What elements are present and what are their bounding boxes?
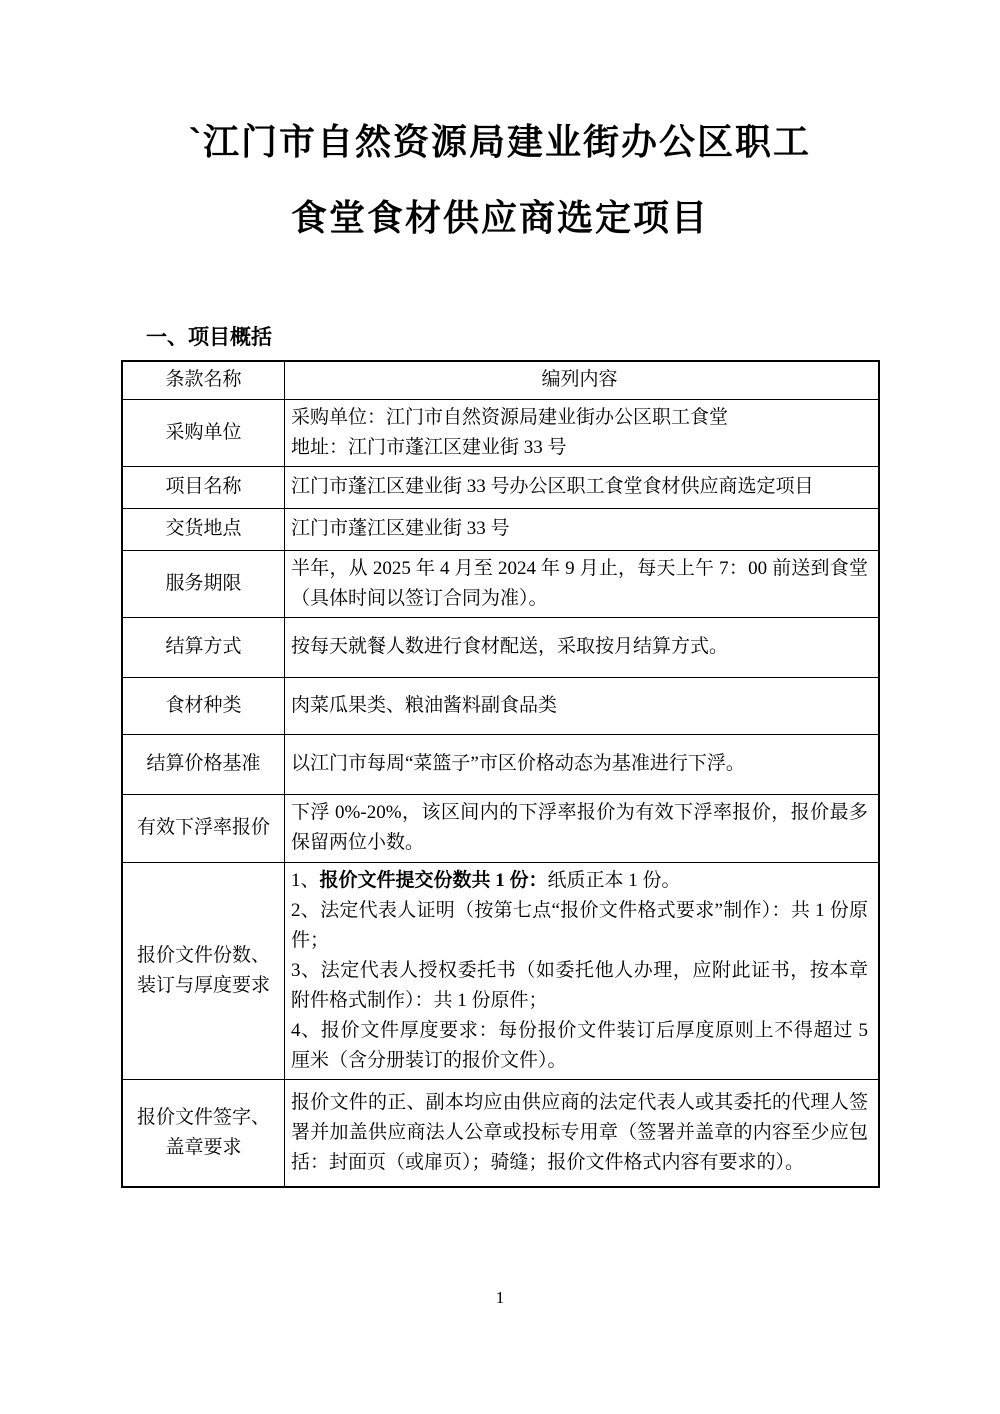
row-content: 报价文件的正、副本均应由供应商的法定代表人或其委托的代理人签署并加盖供应商法人公… <box>285 1079 880 1187</box>
table-header-row: 条款名称 编列内容 <box>122 361 879 399</box>
table-row: 有效下浮率报价下浮 0%-20%，该区间内的下浮率报价为有效下浮率报价，报价最多… <box>122 794 879 862</box>
content-line: 下浮 0%-20%，该区间内的下浮率报价为有效下浮率报价，报价最多保留两位小数。 <box>291 798 868 858</box>
row-content: 1、报价文件提交份数共 1 份：纸质正本 1 份。2、法定代表人证明（按第七点“… <box>285 862 880 1079</box>
content-line: 采购单位：江门市自然资源局建业街办公区职工食堂 <box>291 403 868 433</box>
row-label: 报价文件签字、盖章要求 <box>122 1079 285 1187</box>
column-header-term: 条款名称 <box>122 361 285 399</box>
content-line: 地址：江门市蓬江区建业街 33 号 <box>291 433 868 463</box>
content-line: 肉菜瓜果类、粮油酱料副食品类 <box>291 691 868 721</box>
row-label: 结算价格基准 <box>122 734 285 794</box>
table-row: 服务期限半年，从 2025 年 4 月至 2024 年 9 月止，每天上午 7：… <box>122 550 879 617</box>
row-content: 半年，从 2025 年 4 月至 2024 年 9 月止，每天上午 7：00 前… <box>285 550 880 617</box>
content-list-item: 3、法定代表人授权委托书（如委托他人办理，应附此证书，按本章附件格式制作）：共 … <box>291 956 868 1016</box>
column-header-content: 编列内容 <box>285 361 880 399</box>
table-row: 项目名称江门市蓬江区建业街 33 号办公区职工食堂食材供应商选定项目 <box>122 466 879 508</box>
table-row: 交货地点江门市蓬江区建业街 33 号 <box>122 508 879 550</box>
list-item-bold-text: 报价文件提交份数共 1 份： <box>320 870 548 891</box>
list-item-prefix: 3、 <box>291 960 321 981</box>
document-page: `江门市自然资源局建业街办公区职工 食堂食材供应商选定项目 一、项目概括 条款名… <box>0 0 1000 1414</box>
content-line: 江门市蓬江区建业街 33 号 <box>291 514 868 544</box>
row-content: 江门市蓬江区建业街 33 号办公区职工食堂食材供应商选定项目 <box>285 466 880 508</box>
row-label: 采购单位 <box>122 399 285 466</box>
row-label: 交货地点 <box>122 508 285 550</box>
section-heading: 一、项目概括 <box>146 326 272 350</box>
content-list-item: 1、报价文件提交份数共 1 份：纸质正本 1 份。 <box>291 866 868 896</box>
content-list-item: 2、法定代表人证明（按第七点“报价文件格式要求”制作）：共 1 份原件； <box>291 896 868 956</box>
document-title-line-1: `江门市自然资源局建业街办公区职工 <box>0 122 1000 162</box>
document-title-line-2: 食堂食材供应商选定项目 <box>0 198 1000 238</box>
content-line: 江门市蓬江区建业街 33 号办公区职工食堂食材供应商选定项目 <box>291 472 868 502</box>
document-title: `江门市自然资源局建业街办公区职工 食堂食材供应商选定项目 <box>0 122 1000 238</box>
content-line: 以江门市每周“菜篮子”市区价格动态为基准进行下浮。 <box>291 749 868 779</box>
row-content: 以江门市每周“菜篮子”市区价格动态为基准进行下浮。 <box>285 734 880 794</box>
list-item-text: 法定代表人证明（按第七点“报价文件格式要求”制作）：共 1 份原件； <box>291 900 868 951</box>
list-item-text: 法定代表人授权委托书（如委托他人办理，应附此证书，按本章附件格式制作）：共 1 … <box>291 960 868 1011</box>
list-item-prefix: 4、 <box>291 1020 321 1041</box>
row-content: 按每天就餐人数进行食材配送，采取按月结算方式。 <box>285 617 880 677</box>
table-row: 食材种类肉菜瓜果类、粮油酱料副食品类 <box>122 677 879 734</box>
row-content: 下浮 0%-20%，该区间内的下浮率报价为有效下浮率报价，报价最多保留两位小数。 <box>285 794 880 862</box>
list-item-text: 纸质正本 1 份。 <box>548 870 681 891</box>
content-line: 按每天就餐人数进行食材配送，采取按月结算方式。 <box>291 632 868 662</box>
row-label: 结算方式 <box>122 617 285 677</box>
page-number: 1 <box>0 1288 1000 1308</box>
content-line: 报价文件的正、副本均应由供应商的法定代表人或其委托的代理人签署并加盖供应商法人公… <box>291 1088 868 1178</box>
row-content: 采购单位：江门市自然资源局建业街办公区职工食堂地址：江门市蓬江区建业街 33 号 <box>285 399 880 466</box>
table-row: 报价文件签字、盖章要求报价文件的正、副本均应由供应商的法定代表人或其委托的代理人… <box>122 1079 879 1187</box>
project-overview-table: 条款名称 编列内容 采购单位采购单位：江门市自然资源局建业街办公区职工食堂地址：… <box>121 360 880 1188</box>
content-list-item: 4、报价文件厚度要求：每份报价文件装订后厚度原则上不得超过 5 厘米（含分册装订… <box>291 1016 868 1076</box>
table-row: 结算价格基准以江门市每周“菜篮子”市区价格动态为基准进行下浮。 <box>122 734 879 794</box>
row-label: 报价文件份数、装订与厚度要求 <box>122 862 285 1079</box>
row-label: 有效下浮率报价 <box>122 794 285 862</box>
table-row: 报价文件份数、装订与厚度要求1、报价文件提交份数共 1 份：纸质正本 1 份。2… <box>122 862 879 1079</box>
row-content: 肉菜瓜果类、粮油酱料副食品类 <box>285 677 880 734</box>
content-line: 半年，从 2025 年 4 月至 2024 年 9 月止，每天上午 7：00 前… <box>291 554 868 614</box>
row-label: 服务期限 <box>122 550 285 617</box>
table-row: 结算方式按每天就餐人数进行食材配送，采取按月结算方式。 <box>122 617 879 677</box>
list-item-text: 报价文件厚度要求：每份报价文件装订后厚度原则上不得超过 5 厘米（含分册装订的报… <box>291 1020 868 1071</box>
row-content: 江门市蓬江区建业街 33 号 <box>285 508 880 550</box>
table-row: 采购单位采购单位：江门市自然资源局建业街办公区职工食堂地址：江门市蓬江区建业街 … <box>122 399 879 466</box>
list-item-prefix: 2、 <box>291 900 320 921</box>
row-label: 项目名称 <box>122 466 285 508</box>
row-label: 食材种类 <box>122 677 285 734</box>
list-item-prefix: 1、 <box>291 870 320 891</box>
